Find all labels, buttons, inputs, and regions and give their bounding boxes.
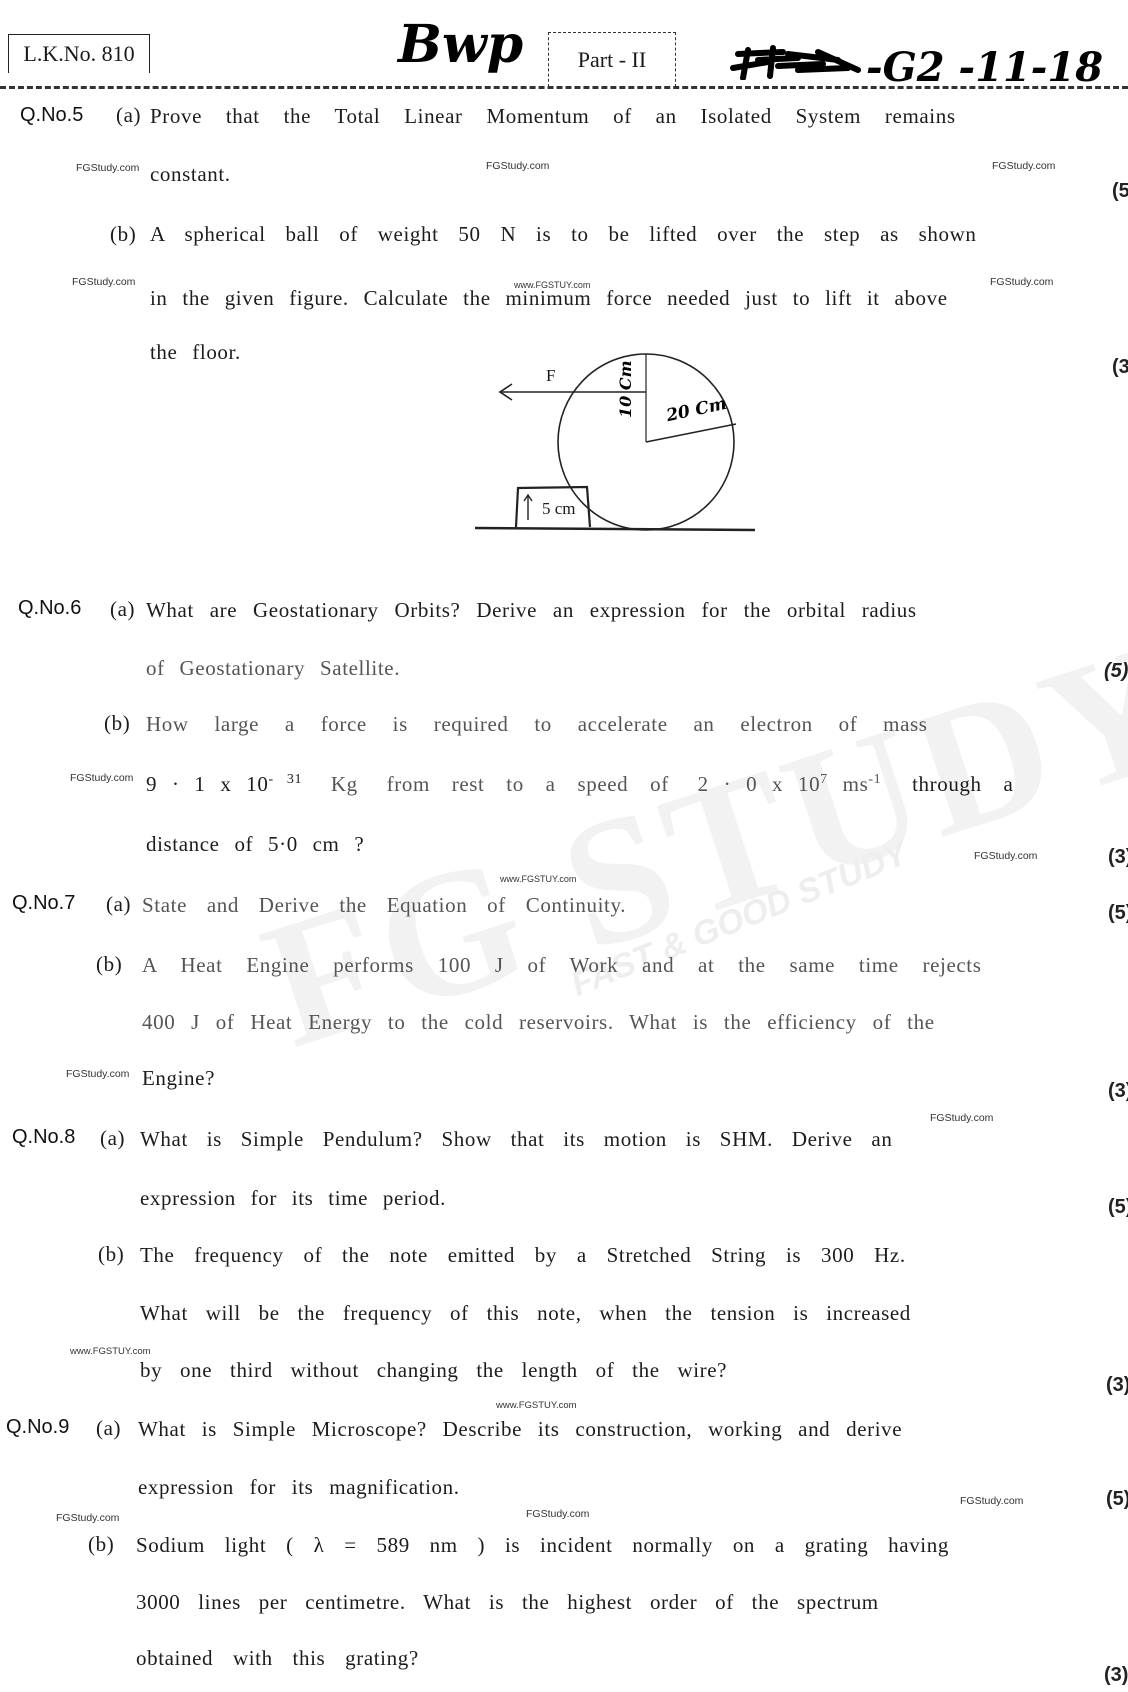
question-8-number: Q.No.8: [12, 1126, 75, 1149]
site-watermark: FGStudy.com: [66, 1068, 129, 1080]
site-watermark: www.FGSTUY.com: [70, 1346, 151, 1357]
mass-unit: Kg: [331, 772, 358, 796]
lk-number: L.K.No. 810: [23, 41, 134, 67]
site-watermark: FGStudy.com: [56, 1512, 119, 1524]
header-divider: [0, 86, 1128, 89]
site-watermark: www.FGSTUY.com: [500, 874, 576, 884]
question-5-number: Q.No.5: [20, 104, 83, 127]
q5a-line-2: constant.: [150, 162, 231, 187]
q7b-marks: (3): [1108, 1080, 1128, 1103]
site-watermark: FGStudy.com: [76, 162, 139, 174]
site-watermark: FGStudy.com: [990, 276, 1053, 288]
q9a-line-1: What is Simple Microscope? Describe its …: [138, 1417, 902, 1442]
scribbled-out-mark: [728, 40, 868, 80]
ball-step-figure: [470, 350, 760, 540]
q9a-label: (a): [96, 1416, 121, 1441]
q6b-line-1: How large a force is required to acceler…: [146, 712, 928, 737]
speed-exponent: 7: [820, 772, 828, 787]
q7a-marks: (5): [1108, 902, 1128, 925]
q6b-tail: through a: [912, 772, 1013, 796]
q9b-line-3: obtained with this grating?: [136, 1646, 419, 1671]
step-height-label: 5 cm: [542, 499, 576, 519]
q9a-marks: (5): [1106, 1488, 1128, 1511]
q5a-marks: (5): [1112, 180, 1128, 203]
mass-exponent: - 31: [269, 772, 303, 787]
vertical-distance-label: 10 Cm: [616, 361, 635, 419]
q6a-marks: (5): [1104, 660, 1128, 683]
q9b-label: (b): [88, 1532, 114, 1557]
part-label: Part - II: [578, 47, 646, 73]
part-box: Part - II: [548, 32, 676, 87]
q6b-marks: (3): [1108, 846, 1128, 869]
q8a-marks: (5): [1108, 1196, 1128, 1219]
electron-mass-value: 9 · 1 x 10: [146, 772, 269, 796]
force-label: F: [546, 366, 555, 386]
q8a-line-2: expression for its time period.: [140, 1186, 446, 1211]
handwritten-board: Bwp: [398, 14, 523, 75]
q5a-label: (a): [116, 103, 141, 128]
speed-unit: ms: [843, 772, 869, 796]
question-6-number: Q.No.6: [18, 597, 81, 620]
q8a-label: (a): [100, 1126, 125, 1151]
q5b-marks: (3): [1112, 356, 1128, 379]
site-watermark: FGStudy.com: [526, 1508, 589, 1520]
q5a-line-1: Prove that the Total Linear Momentum of …: [150, 104, 956, 129]
q7b-line-3: Engine?: [142, 1066, 215, 1091]
site-watermark: FGStudy.com: [992, 160, 1055, 172]
site-watermark: FGStudy.com: [486, 160, 549, 172]
site-watermark: FGStudy.com: [70, 772, 133, 784]
q7b-line-2: 400 J of Heat Energy to the cold reservo…: [142, 1010, 935, 1035]
q5b-label: (b): [110, 222, 136, 247]
q6a-label: (a): [110, 597, 135, 622]
q5b-line-1: A spherical ball of weight 50 N is to be…: [150, 222, 976, 247]
q6a-line-2: of Geostationary Satellite.: [146, 656, 400, 681]
q9a-line-2: expression for its magnification.: [138, 1475, 460, 1500]
site-watermark: www.FGSTUY.com: [496, 1400, 577, 1411]
q9b-marks: (3): [1104, 1664, 1128, 1687]
handwritten-code: -G2 -11-18: [866, 44, 1103, 91]
speed-value: 2 · 0 x 10: [698, 772, 821, 796]
q6b-line-2: 9 · 1 x 10- 31 Kg from rest to a speed o…: [146, 772, 1013, 797]
question-9-number: Q.No.9: [6, 1416, 69, 1439]
site-watermark: FGStudy.com: [72, 276, 135, 288]
q8a-line-1: What is Simple Pendulum? Show that its m…: [140, 1127, 892, 1152]
q8b-line-3: by one third without changing the length…: [140, 1358, 727, 1383]
q6b-line-3: distance of 5·0 cm ?: [146, 832, 364, 857]
q7a-label: (a): [106, 892, 131, 917]
q8b-line-1: The frequency of the note emitted by a S…: [140, 1243, 906, 1268]
q8b-line-2: What will be the frequency of this note,…: [140, 1301, 911, 1326]
q8b-marks: (3): [1106, 1374, 1128, 1397]
lk-number-box: L.K.No. 810: [8, 34, 150, 73]
question-7-number: Q.No.7: [12, 892, 75, 915]
site-watermark: www.FGSTUY.com: [514, 280, 590, 290]
site-watermark: FGStudy.com: [930, 1112, 993, 1124]
q8b-label: (b): [98, 1242, 124, 1267]
q7b-label: (b): [96, 952, 122, 977]
site-watermark: FGStudy.com: [974, 850, 1037, 862]
q7b-line-1: A Heat Engine performs 100 J of Work and…: [142, 953, 982, 978]
q6b-mid-text: from rest to a speed of: [387, 772, 669, 796]
q6b-label: (b): [104, 711, 130, 736]
q9b-line-1: Sodium light ( λ = 589 nm ) is incident …: [136, 1533, 949, 1558]
site-watermark: FGStudy.com: [960, 1495, 1023, 1507]
q7a-line-1: State and Derive the Equation of Continu…: [142, 893, 626, 918]
q9b-line-2: 3000 lines per centimetre. What is the h…: [136, 1590, 879, 1615]
speed-unit-exponent: -1: [868, 772, 881, 787]
q6a-line-1: What are Geostationary Orbits? Derive an…: [146, 598, 917, 623]
q5b-line-3: the floor.: [150, 340, 241, 365]
